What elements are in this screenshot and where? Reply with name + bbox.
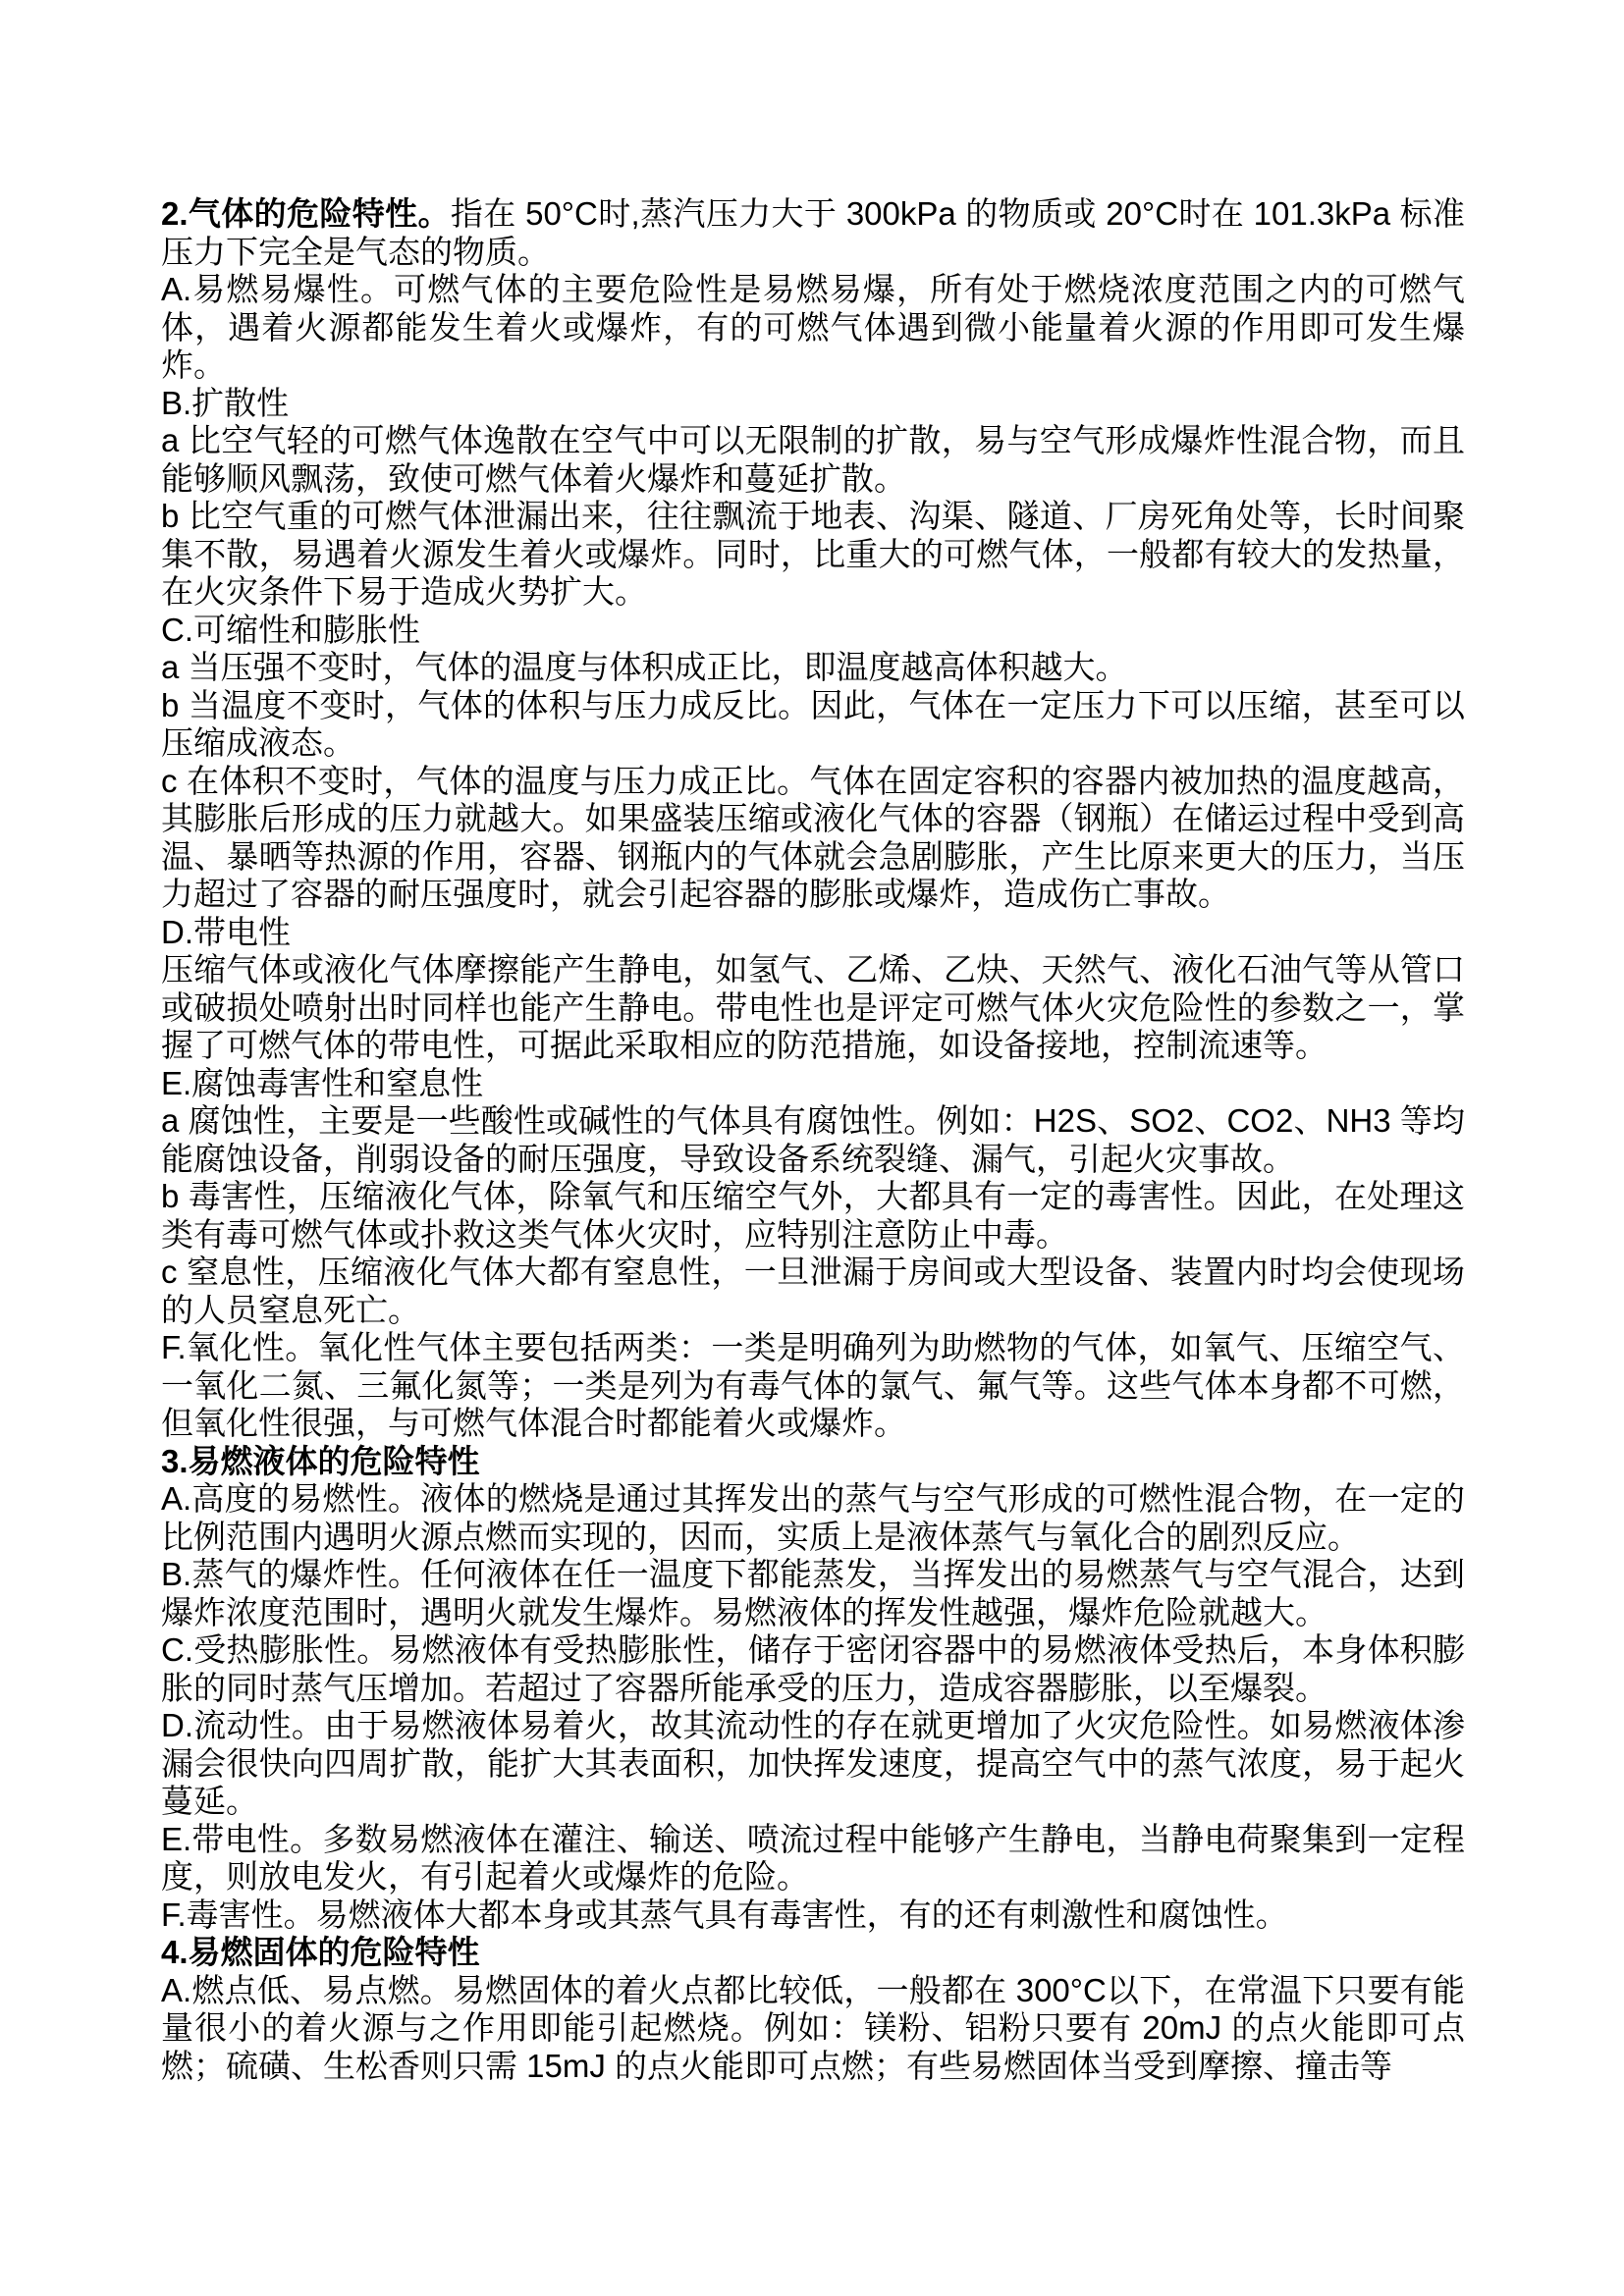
paragraph: 压缩气体或液化气体摩擦能产生静电，如氢气、乙烯、乙炔、天然气、液化石油气等从管口… (161, 951, 1465, 1065)
paragraph: A.燃点低、易点燃。易燃固体的着火点都比较低，一般都在 300°C以下，在常温下… (161, 1972, 1465, 2086)
paragraph: b 当温度不变时，气体的体积与压力成反比。因此，气体在一定压力下可以压缩，甚至可… (161, 687, 1465, 763)
paragraph: b 比空气重的可燃气体泄漏出来，往往飘流于地表、沟渠、隧道、厂房死角处等，长时间… (161, 498, 1465, 612)
paragraph: A.高度的易燃性。液体的燃烧是通过其挥发出的蒸气与空气形成的可燃性混合物，在一定… (161, 1480, 1465, 1556)
paragraph: a 当压强不变时，气体的温度与体积成正比，即温度越高体积越大。 (161, 649, 1465, 687)
paragraph: c 在体积不变时，气体的温度与压力成正比。气体在固定容积的容器内被加热的温度越高… (161, 763, 1465, 914)
section-heading: 4.易燃固体的危险特性 (161, 1934, 1465, 1972)
paragraph: B.蒸气的爆炸性。任何液体在任一温度下都能蒸发，当挥发出的易燃蒸气与空气混合，达… (161, 1556, 1465, 1631)
paragraph: C.可缩性和膨胀性 (161, 612, 1465, 650)
paragraph: E.带电性。多数易燃液体在灌注、输送、喷流过程中能够产生静电，当静电荷聚集到一定… (161, 1821, 1465, 1896)
document-text: 2.气体的危险特性。指在 50°C时,蒸汽压力大于 300kPa 的物质或 20… (161, 195, 1465, 2085)
paragraph: C.受热膨胀性。易燃液体有受热膨胀性，储存于密闭容器中的易燃液体受热后，本身体积… (161, 1631, 1465, 1707)
paragraph-lead-bold: 2.气体的危险特性。 (161, 195, 451, 232)
paragraph: a 腐蚀性，主要是一些酸性或碱性的气体具有腐蚀性。例如：H2S、SO2、CO2、… (161, 1102, 1465, 1178)
paragraph: A.易燃易爆性。可燃气体的主要危险性是易燃易爆，所有处于燃烧浓度范围之内的可燃气… (161, 271, 1465, 385)
paragraph: F.氧化性。氧化性气体主要包括两类：一类是明确列为助燃物的气体，如氧气、压缩空气… (161, 1329, 1465, 1443)
paragraph: D.流动性。由于易燃液体易着火，故其流动性的存在就更增加了火灾危险性。如易燃液体… (161, 1707, 1465, 1821)
section-heading: 3.易燃液体的危险特性 (161, 1443, 1465, 1481)
paragraph: D.带电性 (161, 914, 1465, 952)
paragraph: c 窒息性，压缩液化气体大都有窒息性，一旦泄漏于房间或大型设备、装置内时均会使现… (161, 1254, 1465, 1329)
paragraph: B.扩散性 (161, 385, 1465, 423)
paragraph: E.腐蚀毒害性和窒息性 (161, 1065, 1465, 1103)
paragraph: 2.气体的危险特性。指在 50°C时,蒸汽压力大于 300kPa 的物质或 20… (161, 195, 1465, 271)
paragraph: a 比空气轻的可燃气体逸散在空气中可以无限制的扩散，易与空气形成爆炸性混合物，而… (161, 422, 1465, 498)
document-page: 2.气体的危险特性。指在 50°C时,蒸汽压力大于 300kPa 的物质或 20… (0, 0, 1624, 2296)
paragraph: b 毒害性，压缩液化气体，除氧气和压缩空气外，大都具有一定的毒害性。因此，在处理… (161, 1178, 1465, 1254)
paragraph: F.毒害性。易燃液体大都本身或其蒸气具有毒害性，有的还有刺激性和腐蚀性。 (161, 1896, 1465, 1935)
